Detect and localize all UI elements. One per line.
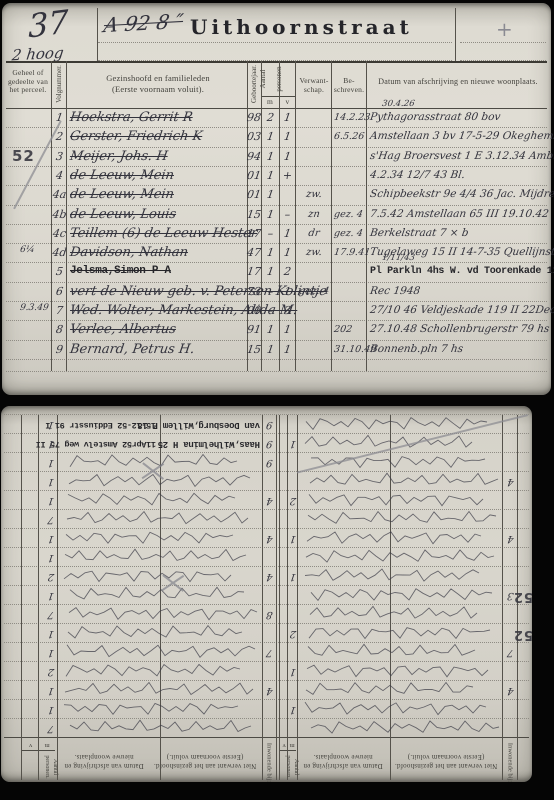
beschreven-cell: gez. 4 <box>333 205 368 224</box>
inwonende-bij-cell: 9 <box>262 434 278 453</box>
margin-note: 9.3.49 <box>19 303 49 313</box>
inwonende-bij-cell: 4 <box>262 491 278 510</box>
aantal-m-cell: 2 <box>261 108 281 127</box>
illegible-handwriting <box>64 547 248 565</box>
register-back-row: 2 <box>1 662 532 681</box>
datum-cell: 11Apr52 Amstelv weg 75 II <box>56 434 156 453</box>
verwantschap-cell: gez. 4 <box>295 282 334 301</box>
register-back-row: 87 <box>1 605 532 624</box>
name-cell: Jelsma,Simon P A <box>70 262 246 281</box>
col-header-niet-verwant: Niet verwant aan het gezinshoofd. (Eerst… <box>393 752 499 770</box>
inwonende-bij-cell: 9 <box>262 415 278 434</box>
beschreven-cell: 6.5.26 <box>333 127 368 146</box>
col-header-niet-verwant-line1: Niet verwant aan het gezinshoofd. <box>152 761 258 770</box>
register-row: 2Gerster, Friedrich K03116.5.26Amstellaa… <box>2 127 551 146</box>
register-card-back: Inwonende bij: Niet verwant aan het gezi… <box>1 406 532 782</box>
col-header-beschreven: Be- schreven. <box>333 77 365 94</box>
register-code: A 92 8 ″ <box>102 9 185 37</box>
name-cell: Davidson, Nathan <box>69 243 248 262</box>
aantal-v-cell: 1 <box>279 127 297 146</box>
aantal-m-cell: 1 <box>261 262 281 281</box>
aantal-v-cell: 1 <box>279 108 297 127</box>
illegible-handwriting <box>64 566 233 584</box>
inwonende-bij-cell: 4 <box>262 681 278 700</box>
aantal-m-cell: – <box>261 301 281 320</box>
register-back-row: 1 <box>1 472 532 491</box>
volgnummer-cell: 5 <box>51 262 69 281</box>
aantal-m-cell: – <box>261 282 281 301</box>
inwonende-bij-cell: 7 <box>262 643 278 662</box>
volgnummer-cell: 8 <box>51 320 69 339</box>
aantal-m-cell: 1 <box>45 586 58 605</box>
col-header-gezinshoofd-line2: (Eerste voornaam voluit). <box>70 84 246 95</box>
name-cell: de Leeuw, Louis <box>69 205 248 224</box>
col-header-niet-verwant-line2: (Eerste voornaam voluit.) <box>393 752 499 761</box>
register-row: 8Verlee, Albertus911120227.10.48 Scholle… <box>2 320 551 339</box>
volgnummer-cell: 4 <box>51 166 69 185</box>
aantal-m-cell: 1 <box>261 340 281 359</box>
volgnummer-cell: 4d <box>51 243 69 262</box>
col-header-inwonende-bij: Inwonende bij: <box>507 735 514 791</box>
register-back-row: 1 <box>1 548 532 567</box>
datum-cell: Pythagorasstraat 80 bov <box>369 108 548 127</box>
verwantschap-cell: dr <box>295 224 334 243</box>
beschreven-cell: gez. 4 <box>333 224 368 243</box>
register-row: 1Hoekstra, Gerrit R982114.2.23Pythagoras… <box>2 108 551 127</box>
illegible-handwriting <box>64 661 242 679</box>
stamp-52: 52 <box>12 147 35 165</box>
verwantschap-cell: zw. <box>295 243 334 262</box>
aantal-v-cell: – <box>279 205 297 224</box>
aantal-v-cell: 1 <box>279 147 297 166</box>
ruling-line <box>98 42 452 43</box>
aantal-v-cell: 2 <box>279 262 297 281</box>
datum-cell: Pl Parkln 4hs W. vd Toorenkade 119 II <box>370 262 546 281</box>
table-line <box>6 61 547 63</box>
aantal-subline <box>280 750 296 751</box>
illegible-handwriting <box>64 585 246 603</box>
aantal-v-cell: 1 <box>279 320 297 339</box>
beschreven-cell: 31.10.49 <box>333 340 368 359</box>
illegible-handwriting <box>64 604 259 622</box>
table-line <box>6 359 547 360</box>
aantal-m-cell: 1 <box>45 624 58 643</box>
volgnummer-cell: 4a <box>51 185 69 204</box>
register-row: 4cTeillem (6) de Leeuw Hester17–1drgez. … <box>2 224 551 243</box>
name-cell: Haas,Wilhelmina H 25 <box>158 434 260 453</box>
verwantschap-cell: zw. <box>295 185 334 204</box>
datum-cell: Berkelstraat 7 × b <box>369 224 548 243</box>
margin-note: 6¼ <box>19 245 35 255</box>
register-back-row: 1 <box>1 700 532 719</box>
register-row: 9.3.497Wed. Wolter; Markestein, Alida M.… <box>2 301 551 320</box>
datum-note-above: 1/11/43 <box>381 254 415 263</box>
table-line <box>6 371 547 372</box>
aantal-v-cell: 1 <box>279 243 297 262</box>
register-back-row: 1 <box>1 586 532 605</box>
name-cell: van Doesburg,Willem F 18 <box>158 415 260 434</box>
volgnummer-cell: 3 <box>51 147 69 166</box>
name-cell: Verlee, Albertus <box>69 320 248 339</box>
inwonende-bij-cell: 9 <box>262 453 278 472</box>
register-back-row: 41 <box>1 681 532 700</box>
name-cell: vert de Nieuw geb. v. Petersen Kolintje <box>69 282 248 301</box>
name-cell: Teillem (6) de Leeuw Hester <box>69 224 248 243</box>
register-row: 523Meijer, Johs. H9411s'Hag Broersvest 1… <box>2 147 551 166</box>
aantal-m-cell: 1 <box>261 320 281 339</box>
header-divider-right <box>455 8 456 63</box>
pencil-x-mark <box>142 460 164 482</box>
register-row: 4de Leeuw, Mein011+4.2.34 12/7 43 Bl. <box>2 166 551 185</box>
aantal-v-cell: 1 <box>279 224 297 243</box>
register-back-row: 91 <box>1 453 532 472</box>
register-row: 4bde Leeuw, Louis151–zngez. 47.5.42 Amst… <box>2 205 551 224</box>
name-cell: Meijer, Johs. H <box>69 147 248 166</box>
aantal-m-cell: 1 <box>45 472 58 491</box>
register-back-row: 9van Doesburg,Willem F 1815-12-52 Eddius… <box>1 415 532 434</box>
datum-cell: 15-12-52 Eddiusstr 91 I <box>56 415 156 434</box>
register-back-row: 71 <box>1 643 532 662</box>
col-header-datum-afschrijving: Datum van afschrijving en nieuwe woonpla… <box>60 752 148 770</box>
col-header-inwonende-bij: Inwonende bij: <box>266 735 273 791</box>
aantal-m-cell: 1 <box>261 205 281 224</box>
volgnummer-cell: 4c <box>51 224 69 243</box>
illegible-handwriting <box>64 623 244 641</box>
aantal-v-cell: 3 <box>279 301 297 320</box>
aantal-m-cell: 7 <box>45 510 58 529</box>
col-header-beschreven-line2: schreven. <box>333 86 365 95</box>
col-header-v: v <box>280 98 295 107</box>
volgnummer-cell: 4b <box>51 205 69 224</box>
rotated-card-content: Inwonende bij: Niet verwant aan het gezi… <box>1 406 532 782</box>
register-row: 4ade Leeuw, Mein011zw.Schipbeekstr 9e 4/… <box>2 185 551 204</box>
aantal-m-cell: 7 <box>45 605 58 624</box>
illegible-handwriting <box>64 699 240 717</box>
datum-cell: Bonnenb.pln 7 hs <box>369 340 548 359</box>
register-row: 6¼4dDavidson, Nathan4711zw.17.9.41Tugela… <box>2 243 551 262</box>
pencil-plus-mark: + <box>496 17 513 41</box>
col-header-geboortejaar: Geboortejaar. <box>250 62 258 106</box>
name-cell: de Leeuw, Mein <box>69 166 248 185</box>
volgnummer-cell: 9 <box>51 340 69 359</box>
street-name: Uithoornstraat <box>190 15 413 39</box>
col-header-v: v <box>22 741 39 750</box>
aantal-m-cell: 1 <box>45 453 58 472</box>
aantal-m-cell: – <box>261 224 281 243</box>
ruling-line <box>460 42 546 43</box>
col-header-gezinshoofd-line1: Gezinshoofd en familieleden <box>70 73 246 84</box>
col-header-datum: Datum van afschrijving en nieuwe woonpla… <box>374 77 542 87</box>
register-back-row: 1 <box>1 624 532 643</box>
register-back-row: 9Haas,Wilhelmina H 2511Apr52 Amstelv weg… <box>1 434 532 453</box>
col-header-aantal-1: Aantal <box>293 753 299 781</box>
register-back-row: 41 <box>1 529 532 548</box>
datum-note-above: 30.4.26 <box>381 100 415 109</box>
illegible-handwriting <box>64 642 257 660</box>
aantal-m-cell: 2 <box>45 567 58 586</box>
aantal-m-cell: 1 <box>45 681 58 700</box>
name-cell: de Leeuw, Mein <box>69 185 248 204</box>
col-header-verwantschap: Verwant- schap. <box>297 77 331 94</box>
col-header-niet-verwant-line1: Niet verwant aan het gezinshoofd. <box>393 761 499 770</box>
scanned-register-page: 37 2 hoog A 92 8 ″ Uithoornstraat + Gehe… <box>0 0 554 800</box>
register-back-row: 42 <box>1 567 532 586</box>
name-cell: Wed. Wolter; Markestein, Alida M. <box>69 301 248 320</box>
aantal-v-cell: + <box>279 166 297 185</box>
col-header-m: m <box>288 741 296 750</box>
inwonende-bij-cell: 4 <box>262 567 278 586</box>
col-header-verwantschap-line2: schap. <box>297 86 331 95</box>
aantal-m-cell: 2 <box>45 662 58 681</box>
aantal-v-cell: 1 <box>279 340 297 359</box>
aantal-m-cell: 1 <box>45 643 58 662</box>
col-header-niet-verwant: Niet verwant aan het gezinshoofd. (Eerst… <box>152 752 258 770</box>
datum-cell: 7.5.42 Amstellaan 65 III 19.10.42 <box>369 205 548 224</box>
col-header-m: m <box>261 98 279 107</box>
name-cell: Bernard, Petrus H. <box>69 340 248 359</box>
register-back-row: 7 <box>1 719 532 738</box>
register-card-front: 37 2 hoog A 92 8 ″ Uithoornstraat + Gehe… <box>2 3 551 395</box>
house-number: 37 <box>28 2 69 45</box>
register-back-row: 41 <box>1 491 532 510</box>
aantal-m-cell: 1 <box>261 185 281 204</box>
pencil-x-mark <box>162 572 184 594</box>
aantal-m-cell: 7 <box>45 719 58 738</box>
illegible-handwriting <box>64 509 250 527</box>
aantal-m-cell: 1 <box>261 166 281 185</box>
datum-cell: 4.2.34 12/7 43 Bl. <box>369 166 548 185</box>
datum-cell: Schipbeekstr 9e 4/4 36 Jac. Mijdrechtstr… <box>369 185 548 204</box>
aantal-m-cell: 1 <box>45 700 58 719</box>
volgnummer-cell: 7 <box>51 301 69 320</box>
col-header-aantal-2: personen. <box>285 753 291 781</box>
datum-cell: 27/10 46 Veldjeskade 119 II 22Dec48 Scho… <box>369 301 548 320</box>
register-row: 9Bernard, Petrus H.151131.10.49Bonnenb.p… <box>2 340 551 359</box>
beschreven-cell: 14.2.23 <box>333 108 368 127</box>
aantal-m-cell: 1 <box>261 147 281 166</box>
col-header-volgnummer: Volgnummer. <box>55 64 63 104</box>
datum-cell: Rec 1948 <box>369 282 548 301</box>
inwonende-bij-cell: 4 <box>262 529 278 548</box>
datum-cell: Amstellaan 3 bv 17-5-29 Okeghemstr 57 <box>369 127 548 146</box>
aantal-m-cell: 1 <box>45 548 58 567</box>
col-header-niet-verwant-line2: (Eerste voornaam voluit.) <box>152 752 258 761</box>
col-header-perceel: Geheel of gedeelte van het perceel. <box>5 69 51 95</box>
illegible-handwriting <box>64 490 237 508</box>
beschreven-cell: 202 <box>333 320 368 339</box>
register-row: 5Jelsma,Simon P A1712Pl Parkln 4hs W. vd… <box>2 262 551 281</box>
aantal-m-cell: 1 <box>261 127 281 146</box>
name-cell: Gerster, Friedrich K <box>69 127 248 146</box>
register-back-row: 7 <box>1 510 532 529</box>
aantal-m-cell: 1 <box>45 491 58 510</box>
illegible-handwriting <box>64 680 255 698</box>
illegible-handwriting <box>64 528 235 546</box>
beschreven-cell: 17.9.41 <box>333 243 368 262</box>
verwantschap-cell: zn <box>295 205 334 224</box>
header-divider-left <box>97 8 98 63</box>
volgnummer-cell: 6 <box>51 282 69 301</box>
name-cell: Hoekstra, Gerrit R <box>69 108 248 127</box>
datum-cell: 27.10.48 Schollenbrugerstr 79 hs <box>369 320 548 339</box>
aantal-m-cell: 1 <box>45 529 58 548</box>
col-header-m: m <box>39 741 55 750</box>
col-header-datum-afschrijving: Datum van afschrijving en nieuwe woonpla… <box>299 752 387 770</box>
datum-cell: s'Hag Broersvest 1 E 3.12.34 Ambtshalve <box>369 147 548 166</box>
col-header-gezinshoofd: Gezinshoofd en familieleden (Eerste voor… <box>70 73 246 95</box>
inwonende-bij-cell: 8 <box>262 605 278 624</box>
register-row: 6vert de Nieuw geb. v. Petersen Kolintje… <box>2 282 551 301</box>
aantal-v-cell: 1 <box>279 282 297 301</box>
col-header-aantal-2: personen. <box>44 753 50 781</box>
illegible-handwriting <box>64 718 253 736</box>
aantal-m-cell: 1 <box>261 243 281 262</box>
